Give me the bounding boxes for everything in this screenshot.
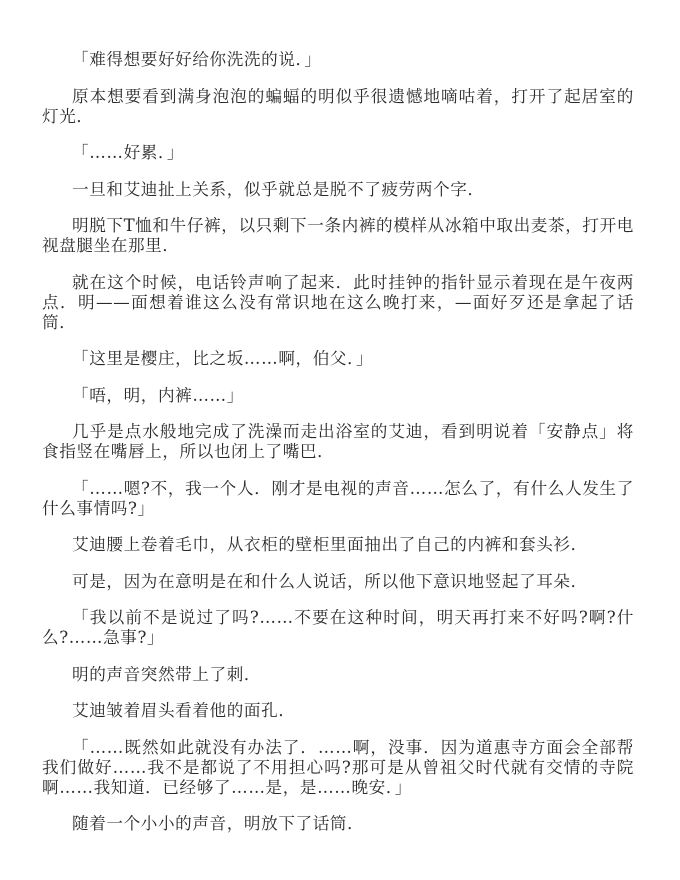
paragraph-16: 「……既然如此就没有办法了．……啊，没事．因为道惠寺方面会全部帮我们做好……我不… [42,738,634,798]
paragraph-14: 明的声音突然带上了刺． [42,665,634,685]
paragraph-2: 原本想要看到满身泡泡的蝙蝠的明似乎很遗憾地嘀咕着，打开了起居室的灯光． [42,87,634,127]
paragraph-13: 「我以前不是说过了吗?……不要在这种时间，明天再打来不好吗?啊?什么?……急事?… [42,608,634,648]
document-page: 「难得想要好好给你洗洗的说．」 原本想要看到满身泡泡的蝙蝠的明似乎很遗憾地嘀咕着… [42,50,634,851]
paragraph-10: 「……嗯?不，我一个人．刚才是电视的声音……怎么了，有什么人发生了什么事情吗?」 [42,479,634,519]
paragraph-4: 一旦和艾迪扯上关系，似乎就总是脱不了疲劳两个字． [42,180,634,200]
paragraph-6: 就在这个时候，电话铃声响了起来．此时挂钟的指针显示着现在是午夜两点．明——面想着… [42,273,634,333]
paragraph-17: 随着一个小小的声音，明放下了话筒． [42,814,634,834]
paragraph-11: 艾迪腰上卷着毛巾，从衣柜的壁柜里面抽出了自己的内裤和套头衫． [42,535,634,555]
paragraph-7: 「这里是樱庄，比之坂……啊，伯父．」 [42,349,634,369]
paragraph-3: 「……好累．」 [42,143,634,163]
paragraph-12: 可是，因为在意明是在和什么人说话，所以他下意识地竖起了耳朵． [42,572,634,592]
paragraph-1: 「难得想要好好给你洗洗的说．」 [42,50,634,70]
paragraph-15: 艾迪皱着眉头看着他的面孔． [42,701,634,721]
paragraph-5: 明脱下T恤和牛仔裤，以只剩下一条内裤的模样从冰箱中取出麦茶，打开电视盘腿坐在那里… [42,216,634,256]
paragraph-9: 几乎是点水般地完成了洗澡而走出浴室的艾迪，看到明说着「安静点」将食指竖在嘴唇上，… [42,422,634,462]
paragraph-8: 「唔，明，内裤……」 [42,386,634,406]
